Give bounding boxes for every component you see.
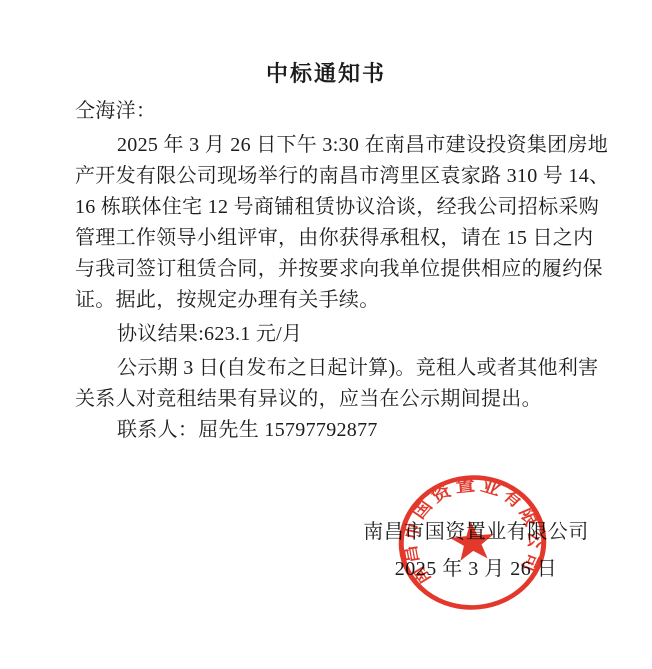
contact-line: 联系人：屈先生 15797792877 [75,415,590,446]
agreement-result-line: 协议结果:623.1 元/月 [75,319,590,350]
document-body: 仝海洋： 2025 年 3 月 26 日下午 3:30 在南昌市建设投资集团房地… [75,96,590,446]
body-line: 管理工作领导小组评审，由你获得承租权，请在 15 日之内 [75,223,590,254]
publicity-line: 公示期 3 日(自发布之日起计算)。竞租人或者其他利害 [75,353,590,384]
body-line: 证。据此，按规定办理有关手续。 [75,285,590,316]
body-line: 2025 年 3 月 26 日下午 3:30 在南昌市建设投资集团房地 [75,130,590,161]
publicity-line: 关系人对竞租结果有异议的，应当在公示期间提出。 [75,384,590,415]
body-line: 16 栋联体住宅 12 号商铺租赁协议洽谈，经我公司招标采购 [75,192,590,223]
scanned-document-page: 中标通知书 仝海洋： 2025 年 3 月 26 日下午 3:30 在南昌市建设… [0,0,652,669]
company-seal: 南昌市国资置业有限公司 [389,466,556,620]
body-line: 产开发有限公司现场举行的南昌市湾里区袁家路 310 号 14、 [75,161,590,192]
document-title: 中标通知书 [0,57,652,88]
body-line: 与我司签订租赁合同，并按要求向我单位提供相应的履约保 [75,254,590,285]
seal-star-icon [449,520,496,562]
salutation: 仝海洋： [75,96,590,127]
